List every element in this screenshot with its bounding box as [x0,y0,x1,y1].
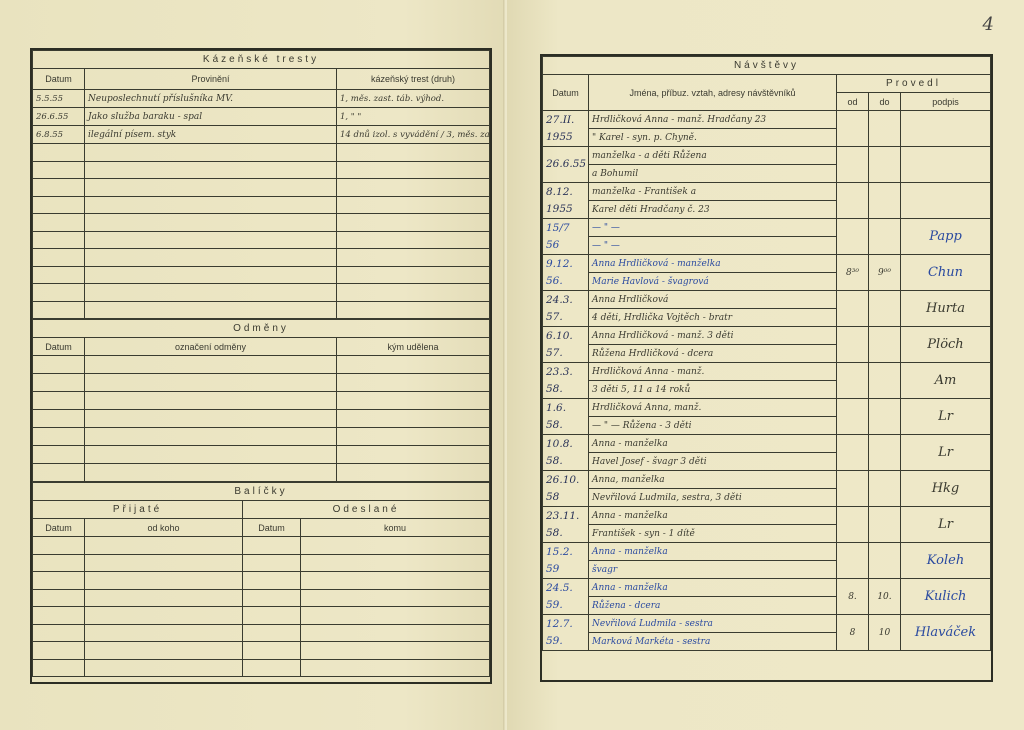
visit-date: 9.12.56. [543,255,589,291]
visit-to: 10 [869,615,901,651]
empty-cell [33,589,85,607]
visit-from: 8 [837,615,869,651]
visit-date: 23.11.58. [543,507,589,543]
empty-cell [337,374,490,392]
empty-cell [33,249,85,267]
discipline-row: 26.6.55Jako služba baraku - spal1, " " [33,108,490,126]
visit-to: 9⁰⁰ [869,255,901,291]
visitor-line: — " — [589,219,837,237]
visit-row-line: 24.5.59.Anna - manželka8.10.Kulich [543,579,991,597]
discipline-empty-row [33,196,490,214]
empty-cell [337,392,490,410]
empty-cell [85,410,337,428]
empty-cell [33,428,85,446]
discipline-empty-row [33,301,490,319]
visit-row-line: 24.3.57.Anna HrdličkováHurta [543,291,991,309]
visit-to [869,327,901,363]
empty-cell [33,284,85,302]
discipline-empty-row [33,161,490,179]
visits-header-performed: Provedl [837,75,991,93]
empty-cell [301,642,490,660]
visit-date-line2: 1955 [546,201,585,218]
discipline-empty-row [33,249,490,267]
visit-date-line2: 58. [546,525,585,542]
empty-cell [337,356,490,374]
visit-to [869,435,901,471]
visit-from [837,471,869,507]
visit-signature [901,111,991,147]
visit-date-line1: 15/7 [546,220,585,237]
visitor-line: Anna Hrdličková - manželka [589,255,837,273]
visit-date-line1: 8.12. [546,184,585,201]
empty-cell [85,214,337,232]
empty-cell [337,410,490,428]
packages-empty-row [33,589,490,607]
visit-from: 8. [837,579,869,615]
empty-cell [85,196,337,214]
visit-to [869,363,901,399]
empty-cell [33,624,85,642]
rewards-empty-row [33,356,490,374]
empty-cell [33,301,85,319]
empty-cell [337,301,490,319]
packages-empty-row [33,607,490,625]
packages-header-date-received: Datum [33,519,85,537]
visit-date: 6.10.57. [543,327,589,363]
empty-cell [33,161,85,179]
visitor-line: Marie Havlová - švagrová [589,273,837,291]
rewards-header-designation: označení odměny [85,338,337,356]
visitor-line: " Karel - syn. p. Chyně. [589,129,837,147]
visit-signature: Lr [901,435,991,471]
empty-cell [85,446,337,464]
visit-to [869,111,901,147]
visit-date: 23.3.58. [543,363,589,399]
visit-to [869,219,901,255]
empty-cell [33,374,85,392]
visit-date-line2: 58. [546,417,585,434]
visit-date-line1: 6.10. [546,328,585,345]
discipline-punishment: 1, měs. zast. táb. výhod. [337,90,490,108]
visit-date-line1: 24.5. [546,580,585,597]
empty-cell [337,266,490,284]
visit-date-line1: 1.6. [546,400,585,417]
empty-cell [33,446,85,464]
empty-cell [33,464,85,482]
visit-from [837,507,869,543]
empty-cell [33,410,85,428]
packages-title: Balíčky [33,483,490,501]
visitor-line: Růžena Hrdličková - dcera [589,345,837,363]
empty-cell [243,589,301,607]
visitor-line: 4 děti, Hrdlička Vojtěch - bratr [589,309,837,327]
packages-empty-row [33,572,490,590]
visits-header-date: Datum [543,75,589,111]
visit-signature: Chun [901,255,991,291]
empty-cell [33,572,85,590]
visit-signature: Hlaváček [901,615,991,651]
visit-signature: Koleh [901,543,991,579]
empty-cell [85,554,243,572]
visitor-line: Anna - manželka [589,579,837,597]
visit-from [837,147,869,183]
visitor-line: Nevřilová Ludmila, sestra, 3 děti [589,489,837,507]
empty-cell [337,179,490,197]
empty-cell [33,196,85,214]
visit-to [869,147,901,183]
discipline-date: 26.6.55 [33,108,85,126]
empty-cell [85,179,337,197]
discipline-date: 5.5.55 [33,90,85,108]
empty-cell [33,554,85,572]
visit-date: 26.6.55 [543,147,589,183]
visit-date: 15.2.59 [543,543,589,579]
visit-date: 12.7.59. [543,615,589,651]
visitor-line: Nevřilová Ludmila - sestra [589,615,837,633]
visitor-line: Karel děti Hradčany č. 23 [589,201,837,219]
visit-from: 8³⁰ [837,255,869,291]
visit-row-line: 15.2.59Anna - manželkaKoleh [543,543,991,561]
packages-table: Balíčky Přijaté Odeslané Datum od koho D… [32,482,490,677]
discipline-offense: ilegální písem. styk [85,126,337,144]
discipline-table: Kázeňské tresty Datum Provinění kázeňský… [32,50,490,319]
visitor-line: Hrdličková Anna - manž. [589,363,837,381]
packages-empty-row [33,624,490,642]
visit-from [837,363,869,399]
empty-cell [85,144,337,162]
visitor-line: Hrdličková Anna, manž. [589,399,837,417]
empty-cell [33,144,85,162]
rewards-empty-row [33,392,490,410]
discipline-empty-row [33,231,490,249]
discipline-offense: Neuposlechnutí příslušníka MV. [85,90,337,108]
visitor-line: Růžena - dcera [589,597,837,615]
visit-to: 10. [869,579,901,615]
empty-cell [85,284,337,302]
empty-cell [85,589,243,607]
visit-to [869,543,901,579]
visit-row-line: 26.10.58Anna, manželkaHkg [543,471,991,489]
packages-received-title: Přijaté [33,501,243,519]
visit-date-line2: 57. [546,345,585,362]
visit-date-line2: 58 [546,489,585,506]
visits-header-to: do [869,93,901,111]
discipline-row: 5.5.55Neuposlechnutí příslušníka MV.1, m… [33,90,490,108]
discipline-punishment: 14 dnů izol. s vyvádění / 3, měs. zast. … [337,126,490,144]
empty-cell [337,196,490,214]
empty-cell [337,446,490,464]
visit-signature: Hkg [901,471,991,507]
visit-signature: Kulich [901,579,991,615]
visit-date-line1: 23.3. [546,364,585,381]
empty-cell [85,607,243,625]
empty-cell [85,464,337,482]
visit-to [869,507,901,543]
empty-cell [85,624,243,642]
empty-cell [301,607,490,625]
visitor-line: Havel Josef - švagr 3 děti [589,453,837,471]
empty-cell [33,231,85,249]
rewards-title: Odměny [33,320,490,338]
visits-table: Návštěvy Datum Jména, příbuz. vztah, adr… [542,56,991,651]
empty-cell [33,642,85,660]
empty-cell [301,554,490,572]
visit-date-line2: 57. [546,309,585,326]
visit-signature: Am [901,363,991,399]
visitor-line: Anna - manželka [589,507,837,525]
packages-sent-title: Odeslané [243,501,490,519]
visit-row-line: 1.6.58.Hrdličková Anna, manž.Lr [543,399,991,417]
visit-date-line1: 9.12. [546,256,585,273]
empty-cell [85,356,337,374]
visits-header-from: od [837,93,869,111]
visit-to [869,399,901,435]
visit-date-line1: 27.II. [546,112,585,129]
visit-date-line2: 59. [546,633,585,650]
visit-from [837,399,869,435]
empty-cell [337,249,490,267]
visitor-line: — " — Růžena - 3 děti [589,417,837,435]
visit-from [837,111,869,147]
visitor-line: Anna - manželka [589,543,837,561]
visit-row-line: 23.11.58.Anna - manželkaLr [543,507,991,525]
empty-cell [85,659,243,677]
visit-to [869,183,901,219]
visitor-line: manželka - a děti Růžena [589,147,837,165]
visitor-line: manželka - František a [589,183,837,201]
empty-cell [33,659,85,677]
packages-empty-row [33,554,490,572]
empty-cell [301,659,490,677]
visit-signature: Lr [901,507,991,543]
empty-cell [85,392,337,410]
visit-signature: Papp [901,219,991,255]
visit-from [837,435,869,471]
visit-date: 15/756 [543,219,589,255]
visit-date-line1: 10.8. [546,436,585,453]
packages-empty-row [33,659,490,677]
empty-cell [337,144,490,162]
empty-cell [85,572,243,590]
discipline-row: 6.8.55ilegální písem. styk14 dnů izol. s… [33,126,490,144]
visits-header-names: Jména, příbuz. vztah, adresy návštěvníků [589,75,837,111]
empty-cell [85,266,337,284]
empty-cell [33,537,85,555]
visit-from [837,183,869,219]
visit-row-line: 9.12.56.Anna Hrdličková - manželka8³⁰9⁰⁰… [543,255,991,273]
empty-cell [85,428,337,446]
empty-cell [243,554,301,572]
discipline-empty-row [33,144,490,162]
visit-row-line: 26.6.55manželka - a děti Růžena [543,147,991,165]
discipline-header-punishment: kázeňský trest (druh) [337,69,490,90]
visit-date-line2: 59 [546,561,585,578]
discipline-empty-row [33,266,490,284]
left-form: Kázeňské tresty Datum Provinění kázeňský… [30,48,492,684]
empty-cell [33,607,85,625]
visit-from [837,327,869,363]
visit-date: 10.8.58. [543,435,589,471]
visit-date-line1: 23.11. [546,508,585,525]
discipline-punishment: 1, " " [337,108,490,126]
visit-to [869,471,901,507]
empty-cell [243,537,301,555]
visitor-line: a Bohumil [589,165,837,183]
visit-date-line2: 56 [546,237,585,254]
visit-from [837,543,869,579]
empty-cell [85,161,337,179]
visits-header-signature: podpis [901,93,991,111]
visit-date-line1: 26.10. [546,472,585,489]
discipline-empty-row [33,284,490,302]
packages-empty-row [33,537,490,555]
visitor-line: Anna - manželka [589,435,837,453]
empty-cell [243,659,301,677]
visit-row-line: 15/756— " —Papp [543,219,991,237]
visit-date: 24.3.57. [543,291,589,327]
empty-cell [337,214,490,232]
discipline-title: Kázeňské tresty [33,51,490,69]
visit-row-line: 10.8.58.Anna - manželkaLr [543,435,991,453]
packages-header-from: od koho [85,519,243,537]
visit-date-line2: 58. [546,453,585,470]
visit-row-line: 27.II.1955Hrdličková Anna - manž. Hradča… [543,111,991,129]
visitor-line: Anna Hrdličková [589,291,837,309]
empty-cell [337,161,490,179]
visit-date-line2: 1955 [546,129,585,146]
empty-cell [243,572,301,590]
empty-cell [243,607,301,625]
empty-cell [337,231,490,249]
discipline-header-date: Datum [33,69,85,90]
visit-signature [901,147,991,183]
empty-cell [85,642,243,660]
visitor-line: František - syn - 1 dítě [589,525,837,543]
packages-empty-row [33,642,490,660]
empty-cell [301,624,490,642]
visit-date-line2: 56. [546,273,585,290]
visit-date-line1: 12.7. [546,616,585,633]
rewards-empty-row [33,446,490,464]
visit-from [837,219,869,255]
rewards-empty-row [33,464,490,482]
empty-cell [33,392,85,410]
rewards-empty-row [33,374,490,392]
empty-cell [337,464,490,482]
visit-row-line: 12.7.59.Nevřilová Ludmila - sestra810Hla… [543,615,991,633]
discipline-header-offense: Provinění [85,69,337,90]
visitor-line: — " — [589,237,837,255]
packages-header-to: komu [301,519,490,537]
empty-cell [33,266,85,284]
visit-signature: Lr [901,399,991,435]
visitor-line: švagr [589,561,837,579]
visit-date-line1: 15.2. [546,544,585,561]
visitor-line: Marková Markéta - sestra [589,633,837,651]
empty-cell [301,572,490,590]
packages-header-date-sent: Datum [243,519,301,537]
empty-cell [85,301,337,319]
page-number: 4 [983,14,994,35]
rewards-header-date: Datum [33,338,85,356]
empty-cell [85,231,337,249]
discipline-offense: Jako služba baraku - spal [85,108,337,126]
visit-date-line2: 58. [546,381,585,398]
rewards-empty-row [33,428,490,446]
discipline-empty-row [33,214,490,232]
rewards-table: Odměny Datum označení odměny kým udělena [32,319,490,482]
visitor-line: Anna, manželka [589,471,837,489]
discipline-empty-row [33,179,490,197]
visitor-line: Anna Hrdličková - manž. 3 děti [589,327,837,345]
empty-cell [301,537,490,555]
visit-signature: Plöch [901,327,991,363]
visit-date: 24.5.59. [543,579,589,615]
visit-row-line: 8.12.1955manželka - František a [543,183,991,201]
visit-from [837,291,869,327]
visit-to [869,291,901,327]
empty-cell [33,214,85,232]
rewards-empty-row [33,410,490,428]
empty-cell [33,179,85,197]
visits-title: Návštěvy [543,57,991,75]
visit-date: 1.6.58. [543,399,589,435]
empty-cell [337,284,490,302]
rewards-header-awarded-by: kým udělena [337,338,490,356]
visit-date-line1: 26.6.55 [546,156,585,173]
empty-cell [85,537,243,555]
empty-cell [243,624,301,642]
visit-date: 8.12.1955 [543,183,589,219]
discipline-date: 6.8.55 [33,126,85,144]
visit-date-line1: 24.3. [546,292,585,309]
empty-cell [243,642,301,660]
visit-signature: Hurta [901,291,991,327]
empty-cell [301,589,490,607]
visit-signature [901,183,991,219]
visit-date: 26.10.58 [543,471,589,507]
visit-row-line: 23.3.58.Hrdličková Anna - manž.Am [543,363,991,381]
visit-date: 27.II.1955 [543,111,589,147]
empty-cell [85,249,337,267]
visitor-line: 3 děti 5, 11 a 14 roků [589,381,837,399]
visit-date-line2: 59. [546,597,585,614]
empty-cell [337,428,490,446]
visit-row-line: 6.10.57.Anna Hrdličková - manž. 3 dětiPl… [543,327,991,345]
empty-cell [85,374,337,392]
right-form: Návštěvy Datum Jména, příbuz. vztah, adr… [540,54,993,682]
visitor-line: Hrdličková Anna - manž. Hradčany 23 [589,111,837,129]
empty-cell [33,356,85,374]
